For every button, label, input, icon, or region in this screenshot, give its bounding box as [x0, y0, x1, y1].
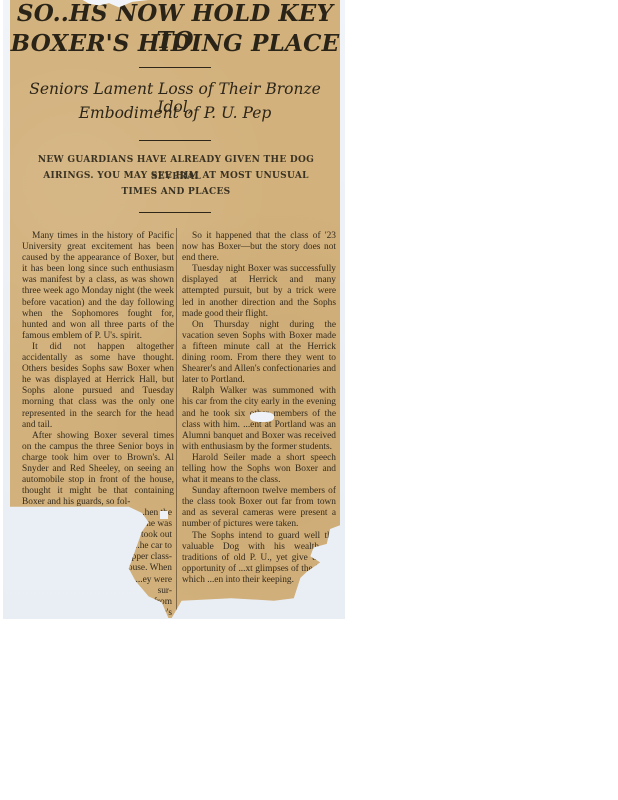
- paragraph: So it happened that the class of '23 now…: [182, 231, 336, 264]
- paragraph: Harold Seiler made a short speech tellin…: [182, 453, 336, 486]
- headline-rule: [139, 67, 211, 68]
- torn-hole: [160, 511, 168, 519]
- paragraph: After showing Boxer several times on the…: [22, 431, 174, 509]
- paragraph: Tuesday night Boxer was successfully dis…: [182, 264, 336, 319]
- article-left-column: Many times in the history of Pacific Uni…: [22, 231, 174, 508]
- column-divider: [176, 228, 177, 614]
- article-right-column: So it happened that the class of '23 now…: [182, 231, 336, 586]
- deck-line-2: AIRINGS. YOU MAY SEE HIM AT MOST UNUSUAL: [16, 168, 336, 185]
- subheadline-rule: [139, 140, 211, 141]
- headline-line-2: BOXER'S HIDING PLACE: [10, 30, 340, 57]
- paragraph: On Thursday night during the vacation se…: [182, 320, 336, 387]
- paragraph: Sunday afternoon twelve members of the c…: [182, 486, 336, 530]
- deck-rule: [139, 212, 211, 213]
- torn-hole: [250, 412, 274, 422]
- deck-line-3: TIMES AND PLACES: [16, 184, 336, 201]
- paragraph: Many times in the history of Pacific Uni…: [22, 231, 174, 342]
- paragraph: It did not happen altogether accidentall…: [22, 342, 174, 431]
- subheadline-line-2: Embodiment of P. U. Pep: [10, 104, 340, 122]
